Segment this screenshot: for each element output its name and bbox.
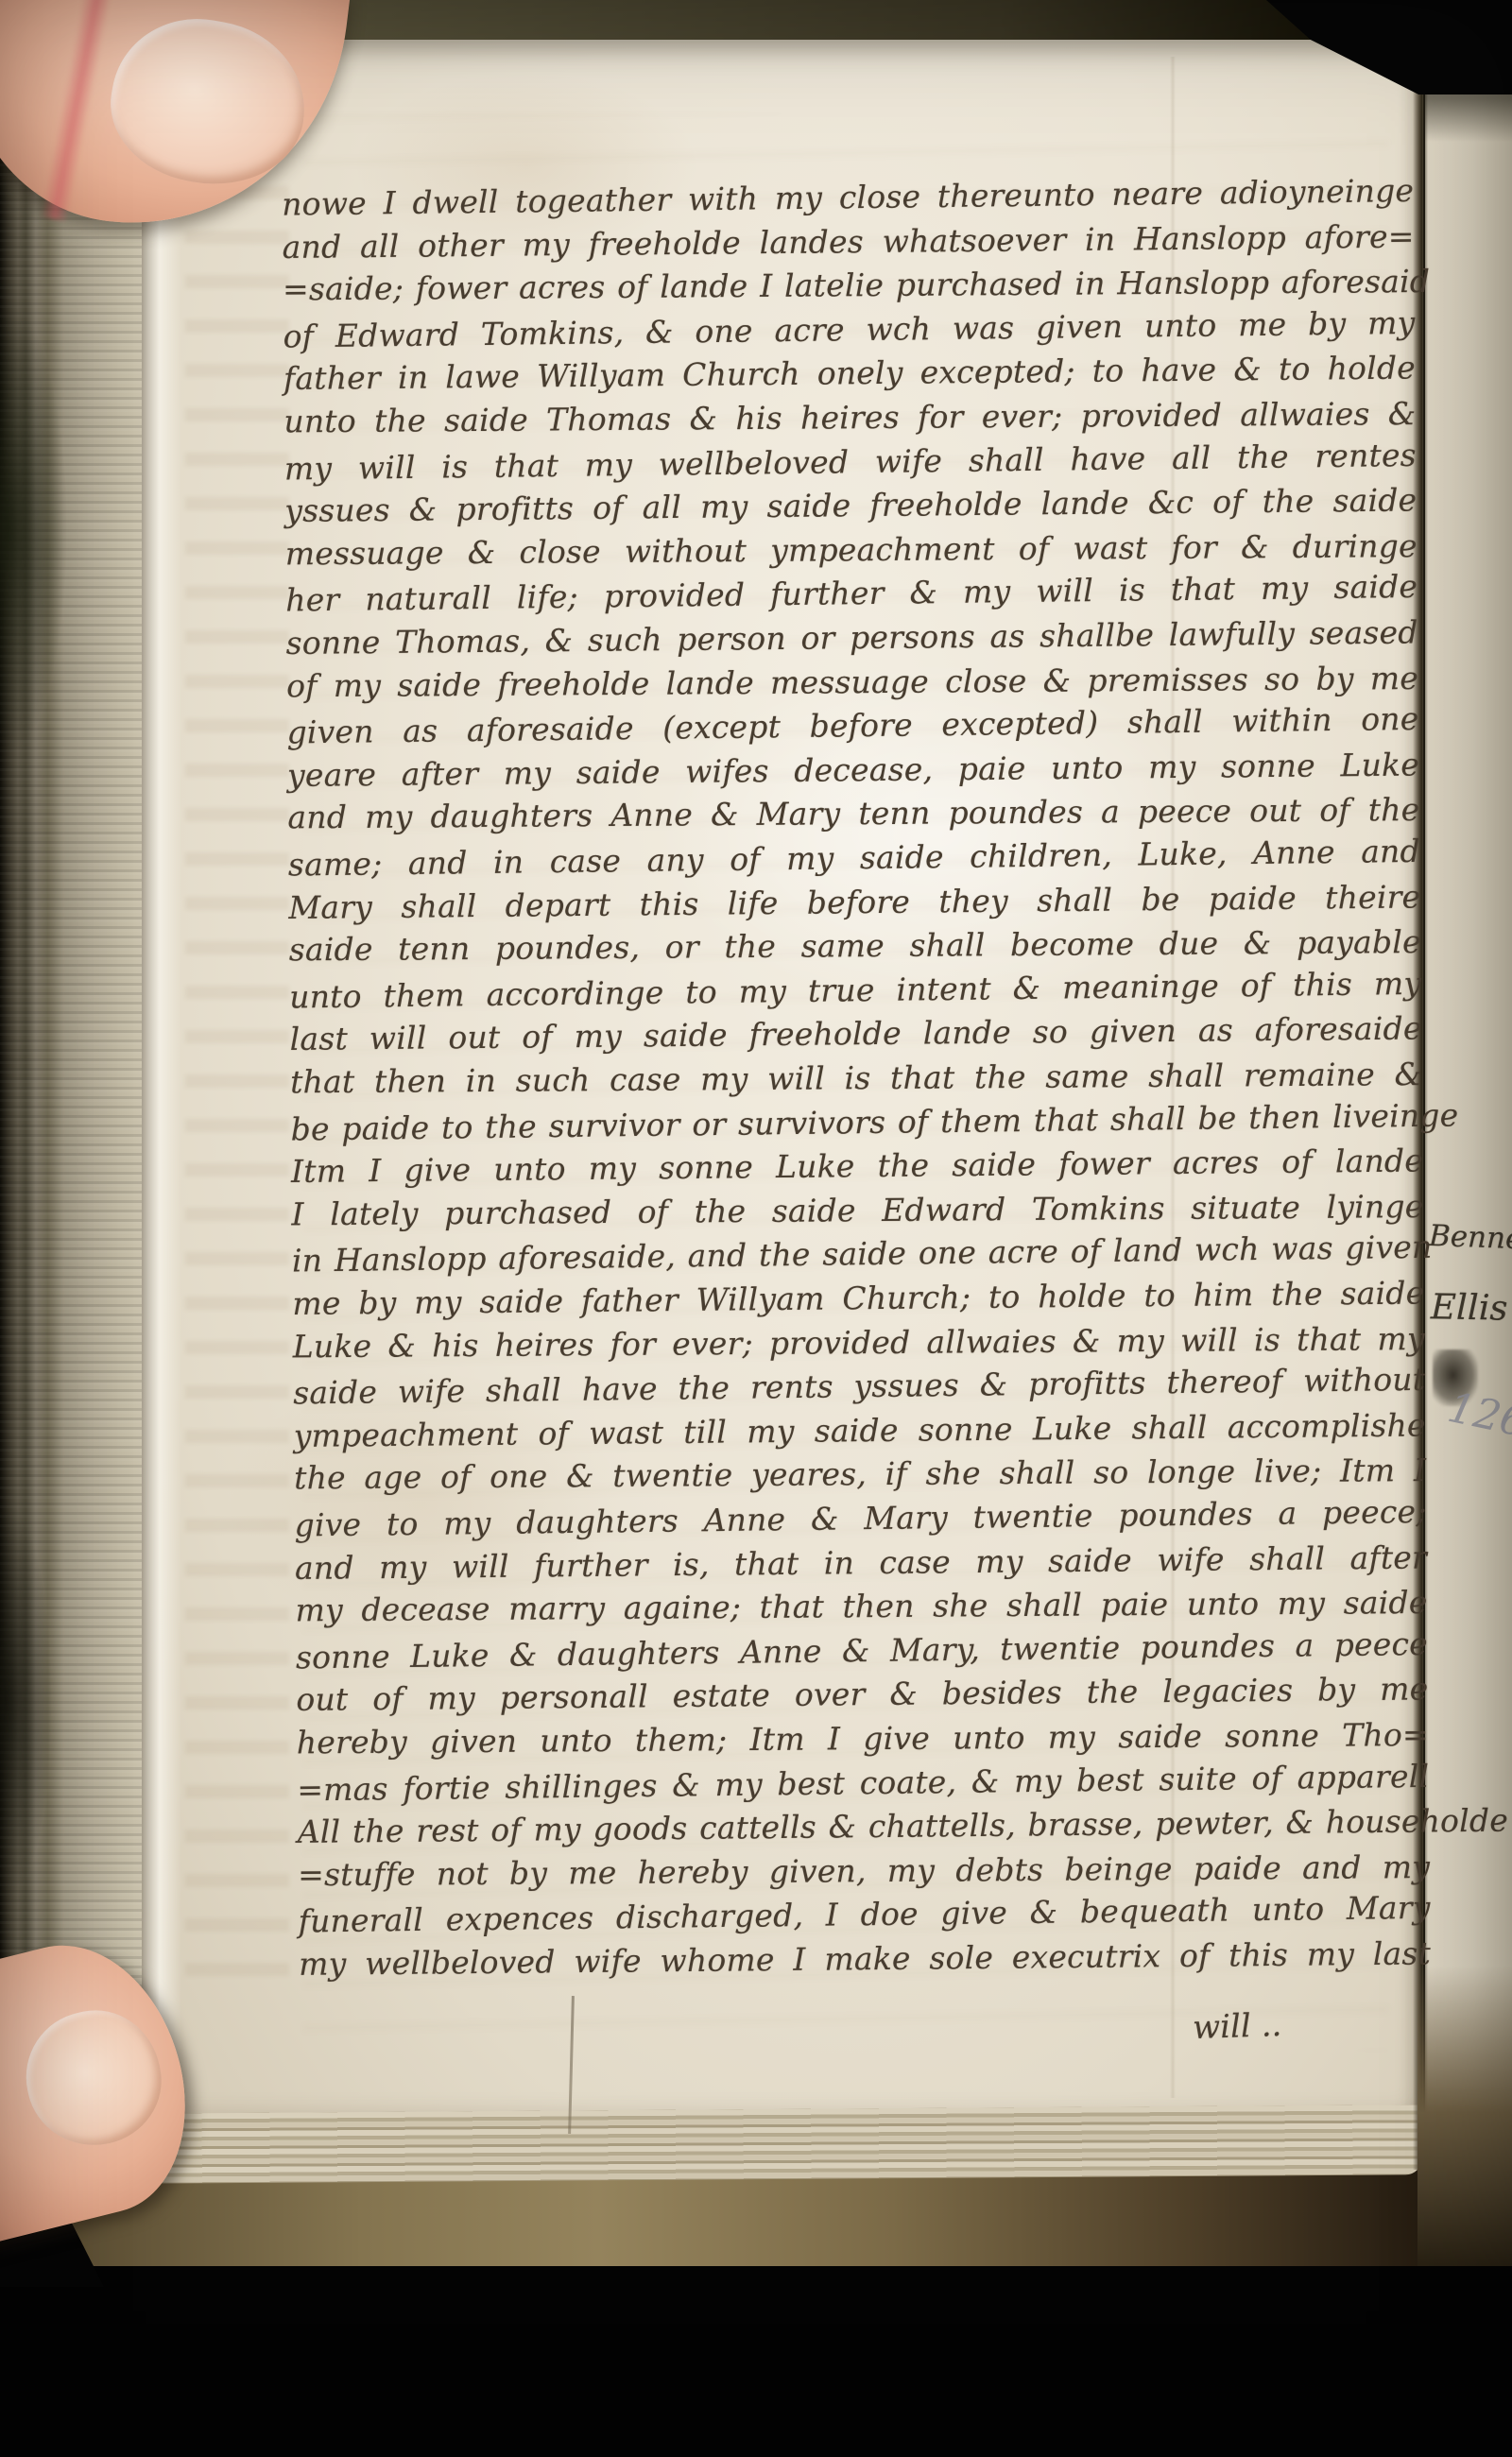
- background-bottom: [0, 2266, 1512, 2457]
- manuscript-text-block: nowe I dwell togeather with my close the…: [282, 172, 1434, 2035]
- margin-note-surname-1: Bennett: [1428, 1219, 1512, 1257]
- catchword: will ..: [1192, 2002, 1419, 2047]
- page-torn-left-edge: [142, 42, 181, 2125]
- margin-note-surname-2: Ellis: [1431, 1286, 1508, 1328]
- page-stack-bottom-edge: [132, 2105, 1422, 2184]
- ink-bleedthrough-left-margin: [185, 142, 289, 1994]
